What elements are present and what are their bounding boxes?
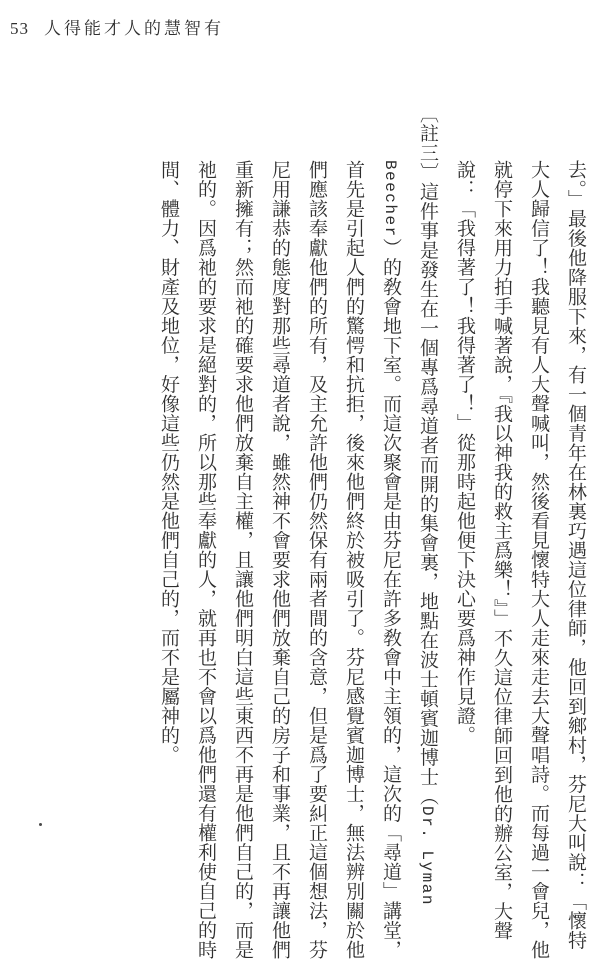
running-title: 人得能才人的慧智有 — [44, 19, 224, 38]
book-page: 53人得能才人的慧智有 去。」最後他降服下來，有一個青年在林裏巧遇這位律師，他回… — [0, 0, 600, 975]
text-column-2: 大人歸信了！我聽見有人大聲喊叫，然後看見懷特大人走來走去大聲唱詩。而每過一會兒，… — [528, 160, 548, 975]
latin-name-dr-lyman: Dr. Lyman — [418, 806, 436, 906]
text-column-10: 重新擁有；然而祂的確要求他們放棄自主權，且讓他們明白這些東西不再是他們自己的，而… — [232, 160, 252, 975]
text-column-11: 祂的。因爲祂的要求是絕對的，所以那些奉獻的人，就再也不會以爲他們還有權利使自己的… — [195, 160, 215, 975]
text-column-4: 說：「我得著了！我得著了！」從那時起他便下決心要爲神作見證。 — [454, 160, 474, 975]
text-column-12: 間、體力、財產及地位，好像這些仍然是他們自己的，而不是屬神的。 — [158, 160, 178, 975]
page-header: 53人得能才人的慧智有 — [10, 14, 224, 39]
latin-name-beecher: Beecher — [381, 160, 399, 238]
text-column-1: 去。」最後他降服下來，有一個青年在林裏巧遇這位律師，他回到鄉村，芬尼大叫說：「懷… — [565, 160, 585, 975]
text-column-6: Beecher）的敎會地下室。而這次聚會是由芬尼在許多敎會中主領的，這次的「尋道… — [380, 160, 400, 975]
text-column-3: 就停下來用力拍手喊著說，『我以神我的救主爲樂！』」不久這位律師回到他的辦公室，大… — [491, 160, 511, 975]
text-column-9: 尼用謙恭的態度對那些尋道者說，雖然神不會要求他們放棄自己的房子和事業，且不再讓他… — [269, 160, 289, 975]
page-number: 53 — [10, 19, 29, 39]
footnote-text-continued: ）的敎會地下室。而這次聚會是由芬尼在許多敎會中主領的，這次的「尋道」講堂， — [380, 238, 401, 960]
text-column-5-footnote: 〔註三〕這件事是發生在一個專爲尋道者而開的集會裏，地點在波士頓賓迦博士（Dr. … — [417, 104, 437, 972]
text-column-7: 首先是引起人們的驚愕和抗拒，後來他們終於被吸引了。芬尼感覺賓迦博士，無法辨別關於… — [343, 160, 363, 975]
text-column-8: 們應該奉獻他們的所有，及主允許他們仍然保有兩者間的含意，但是爲了要糾正這個想法，… — [306, 160, 326, 975]
footnote-text: 〔註三〕這件事是發生在一個專爲尋道者而開的集會裏，地點在波士頓賓迦博士（ — [417, 104, 438, 806]
ink-speck — [39, 823, 42, 826]
